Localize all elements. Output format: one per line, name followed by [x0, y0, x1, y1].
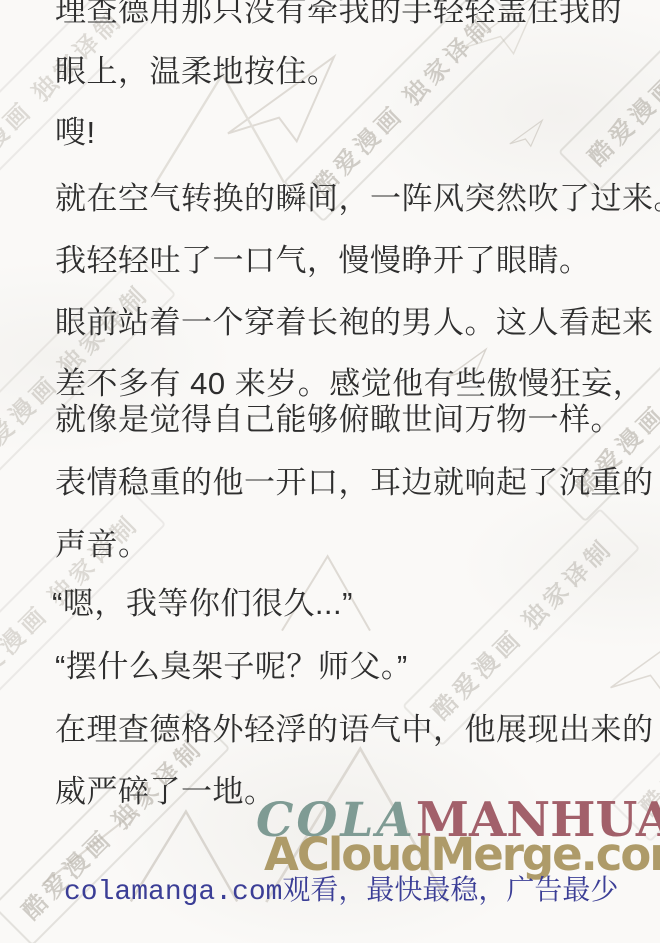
- novel-line: 威严碎了一地。: [55, 774, 276, 810]
- novel-line: 声音。: [55, 527, 150, 563]
- novel-line: 眼上，温柔地按住。: [55, 54, 339, 90]
- novel-line: 表情稳重的他一开口，耳边就响起了沉重的: [55, 465, 654, 501]
- novel-line: 理查德用那只没有牵我的手轻轻盖住我的: [55, 0, 622, 29]
- novel-line: 嗖!: [55, 115, 96, 151]
- footer-promo-text: colamanga.com观看，最快最稳，广告最少: [64, 868, 618, 908]
- translator-stamp-watermark: 酷爱漫画 独家译制: [402, 508, 640, 746]
- paper-plane-icon: [508, 116, 544, 150]
- novel-line: 在理查德格外轻浮的语气中，他展现出来的: [55, 712, 654, 748]
- novel-line: 就在空气转换的瞬间，一阵风突然吹了过来。: [55, 181, 660, 217]
- novel-line: “嗯，我等你们很久...”: [52, 586, 353, 622]
- novel-line: 差不多有 40 来岁。感觉他有些傲慢狂妄，: [55, 366, 644, 402]
- novel-line: 就像是觉得自己能够俯瞰世间万物一样。: [55, 402, 622, 438]
- novel-line: 我轻轻吐了一口气，慢慢睁开了眼睛。: [55, 243, 591, 279]
- novel-line: “摆什么臭架子呢？师父。”: [55, 649, 408, 685]
- novel-line: 眼前站着一个穿着长袍的男人。这人看起来: [55, 305, 654, 341]
- paper-plane-icon: [606, 612, 660, 708]
- novel-reader-page: 酷爱漫画 独家译制 酷爱漫画 独家译制 酷爱漫画 独家译制 酷爱漫画 独家译制 …: [0, 0, 660, 943]
